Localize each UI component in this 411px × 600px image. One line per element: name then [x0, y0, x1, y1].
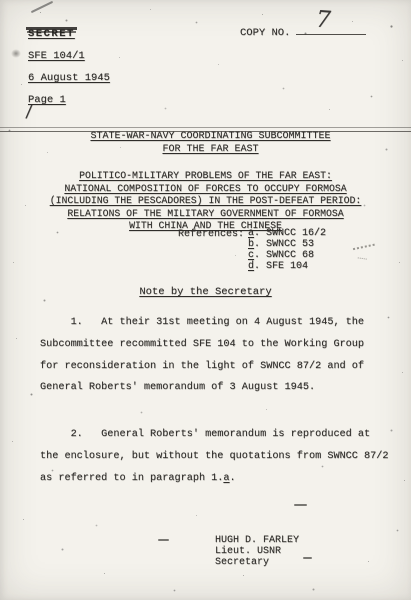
- section-heading-text: Note by the Secretary: [139, 286, 271, 298]
- classification-stamp: SECRET: [28, 23, 75, 45]
- reference-text: SWNCC 53: [266, 239, 314, 250]
- paragraph-1-line: for reconsideration in the light of SWNC…: [40, 356, 364, 378]
- references-list: a. SWNCC 16/2 b. SWNCC 53 c. SWNCC 68 d.…: [248, 229, 326, 273]
- paragraph-2-line: as referred to in paragraph 1.a.: [40, 468, 388, 490]
- document-id: SFE 104/1: [28, 45, 85, 67]
- paragraph-2-line: 2. General Roberts' memorandum is reprod…: [40, 424, 388, 446]
- paragraph-1-line: General Roberts' memorandum of 3 August …: [40, 377, 364, 399]
- reference-item: d. SFE 104: [248, 262, 326, 273]
- committee-subtitle: FOR THE FAR EAST: [162, 144, 258, 155]
- title-line: NATIONAL COMPOSITION OF FORCES TO OCCUPY…: [64, 183, 346, 194]
- paragraph-1-line: Subcommittee recommitted SFE 104 to the …: [40, 334, 364, 356]
- scan-streak-mark: [31, 1, 53, 13]
- smudge-mark-right-small: [358, 253, 368, 259]
- paragraph-2-line-text: as referred to in paragraph 1.: [40, 473, 223, 484]
- stray-dash-mark: [158, 539, 169, 541]
- paragraph-1-line: 1. At their 31st meeting on 4 August 194…: [40, 312, 364, 334]
- document-page: SECRET SFE 104/1 6 August 1945 Page 1 CO…: [0, 0, 411, 600]
- signature-block: HUGH D. FARLEY Lieut. USNR Secretary: [215, 536, 299, 568]
- subject-title-block: POLITICO-MILITARY PROBLEMS OF THE FAR EA…: [0, 170, 411, 233]
- title-line: (INCLUDING THE PESCADORES) IN THE POST-D…: [50, 195, 362, 206]
- document-date: 6 August 1945: [28, 67, 110, 89]
- section-heading: Note by the Secretary: [0, 286, 411, 298]
- smudge-mark-left: [11, 49, 21, 58]
- paragraph-2-line: the enclosure, but without the quotation…: [40, 446, 388, 468]
- reference-separator: .: [254, 250, 266, 261]
- paragraph-2: 2. General Roberts' memorandum is reprod…: [40, 424, 388, 489]
- reference-text: SWNCC 68: [266, 250, 314, 261]
- stray-dash-mark: [294, 504, 307, 506]
- document-header-block: SECRET SFE 104/1 6 August 1945 Page 1: [28, 23, 110, 111]
- scan-noise-specks: [0, 0, 1, 1]
- copy-number-block: COPY NO. 7: [240, 24, 366, 39]
- paragraph-1: 1. At their 31st meeting on 4 August 194…: [40, 312, 364, 399]
- committee-name: STATE-WAR-NAVY COORDINATING SUBCOMMITTEE: [90, 131, 330, 142]
- copy-no-handwritten-value: 7: [315, 7, 331, 34]
- smudge-mark-right: [351, 236, 375, 250]
- references-label: References:: [178, 229, 244, 240]
- reference-text: SFE 104: [266, 261, 308, 272]
- committee-heading: STATE-WAR-NAVY COORDINATING SUBCOMMITTEE…: [0, 131, 411, 156]
- copy-no-blank-line: [296, 24, 366, 35]
- reference-text: SWNCC 16/2: [266, 228, 326, 239]
- paragraph-2-line-text: .: [230, 473, 236, 484]
- signature-title: Secretary: [215, 558, 299, 569]
- copy-no-label: COPY NO.: [240, 27, 290, 39]
- page-number: Page 1: [28, 89, 66, 111]
- stray-dash-mark: [303, 557, 312, 559]
- horizontal-rule: [0, 127, 411, 128]
- title-line: POLITICO-MILITARY PROBLEMS OF THE FAR EA…: [79, 170, 332, 181]
- reference-separator: .: [254, 228, 266, 239]
- signature-rank: Lieut. USNR: [215, 547, 299, 558]
- title-line: RELATIONS OF THE MILITARY GOVERNMENT OF …: [67, 208, 343, 219]
- reference-separator: .: [254, 239, 266, 250]
- handwritten-slash-mark: /: [25, 102, 33, 122]
- reference-separator: .: [254, 261, 266, 272]
